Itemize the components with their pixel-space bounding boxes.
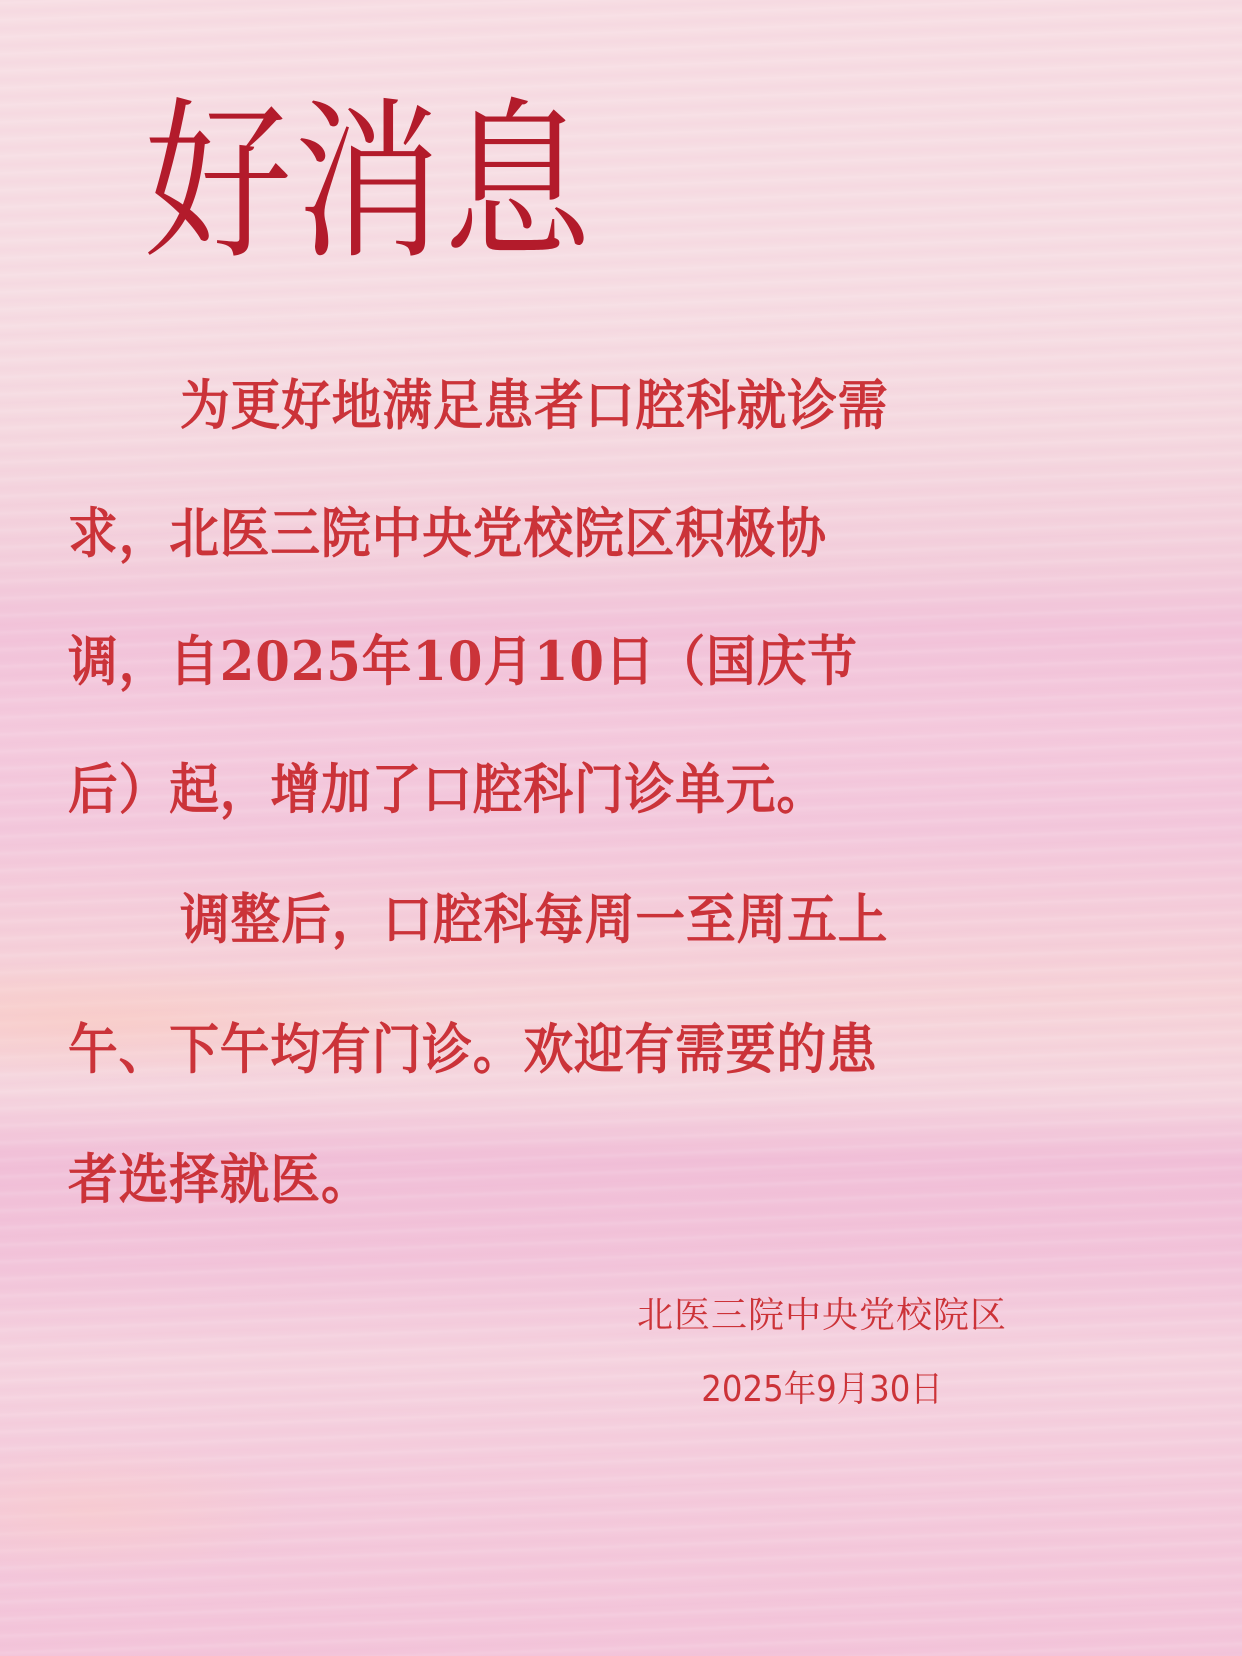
body-line: 午、下午均有门诊。欢迎有需要的患	[68, 1017, 878, 1081]
body-line: 者选择就医。	[68, 1147, 372, 1211]
signature-date: 2025年9月30日	[597, 1368, 1047, 1412]
notice-title: 好消息	[144, 78, 593, 288]
body-line: 后）起，增加了口腔科门诊单元。	[68, 757, 827, 821]
body-line: 为更好地满足患者口腔科就诊需	[180, 373, 888, 437]
warm-glow-decoration	[0, 1440, 300, 1580]
signature-organization: 北医三院中央党校院区	[572, 1294, 1072, 1338]
body-line: 求，北医三院中央党校院区积极协	[68, 501, 827, 565]
body-line: 调，自2025年10月10日（国庆节	[68, 629, 858, 693]
body-line: 调整后，口腔科每周一至周五上	[180, 887, 888, 951]
